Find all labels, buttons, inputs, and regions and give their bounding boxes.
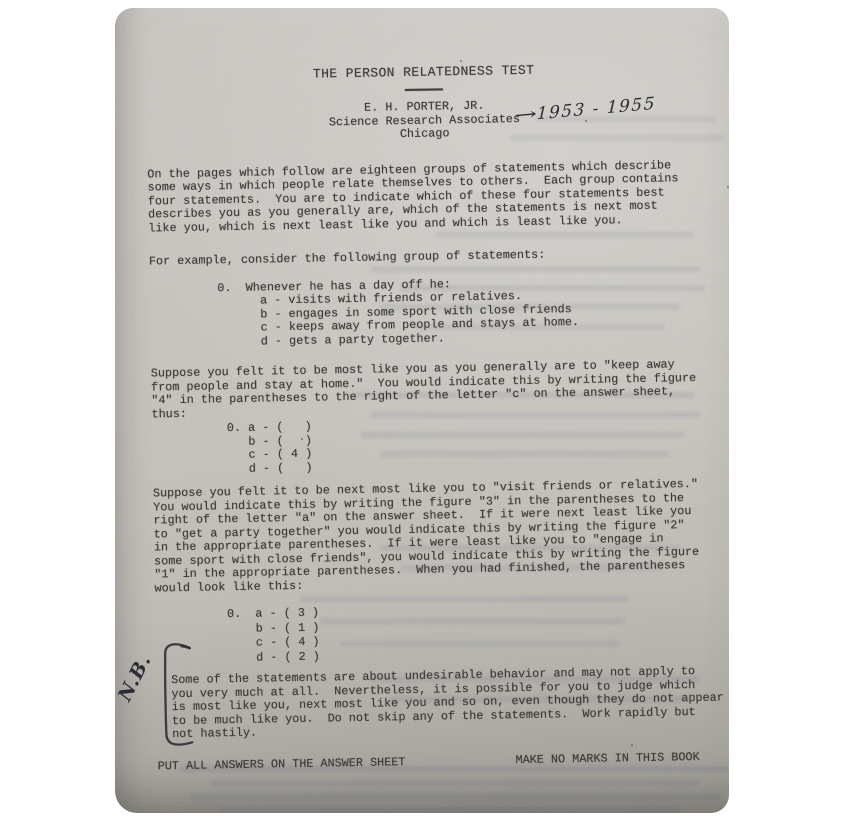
instructions-most-like: Suppose you felt it to be most like you … bbox=[151, 358, 708, 422]
paper-sheet: THE PERSON RELATEDNESS TEST E. H. PORTER… bbox=[115, 8, 729, 813]
example-lead: For example, consider the following grou… bbox=[149, 246, 705, 269]
footer-instructions: PUT ALL ANSWERS ON THE ANSWER SHEET MAKE… bbox=[158, 751, 714, 774]
answer-parentheses-blank: 0. a - ( ) b - ( ) c - ( 4 ) d - ( ) bbox=[227, 414, 709, 476]
note-paragraph: Some of the statements are about undesir… bbox=[171, 665, 713, 742]
right-arrow-icon: → bbox=[514, 104, 537, 126]
paper-speck bbox=[585, 120, 587, 122]
footer-left: PUT ALL ANSWERS ON THE ANSWER SHEET bbox=[158, 756, 406, 774]
page-content: THE PERSON RELATEDNESS TEST E. H. PORTER… bbox=[115, 8, 729, 813]
title-rule bbox=[405, 88, 443, 91]
scanned-page-photo: THE PERSON RELATEDNESS TEST E. H. PORTER… bbox=[0, 0, 846, 816]
paper-speck bbox=[727, 186, 729, 188]
intro-paragraph: On the pages which follow are eighteen g… bbox=[147, 158, 704, 235]
footer-right: MAKE NO MARKS IN THIS BOOK bbox=[515, 751, 699, 768]
instructions-next-most: Suppose you felt it to be next most like… bbox=[153, 478, 711, 596]
answer-parentheses-filled: 0. a - ( 3 ) b - ( 1 ) c - ( 4 ) d - ( 2… bbox=[227, 599, 712, 666]
paper-speck bbox=[301, 438, 303, 440]
page-title: THE PERSON RELATEDNESS TEST bbox=[146, 61, 702, 85]
example-statement-group: 0. Whenever he has a day off he: a - vis… bbox=[217, 273, 706, 349]
paper-speck bbox=[460, 60, 462, 62]
paper-speck bbox=[631, 744, 633, 746]
margin-bracket-pen-stroke bbox=[151, 638, 197, 755]
